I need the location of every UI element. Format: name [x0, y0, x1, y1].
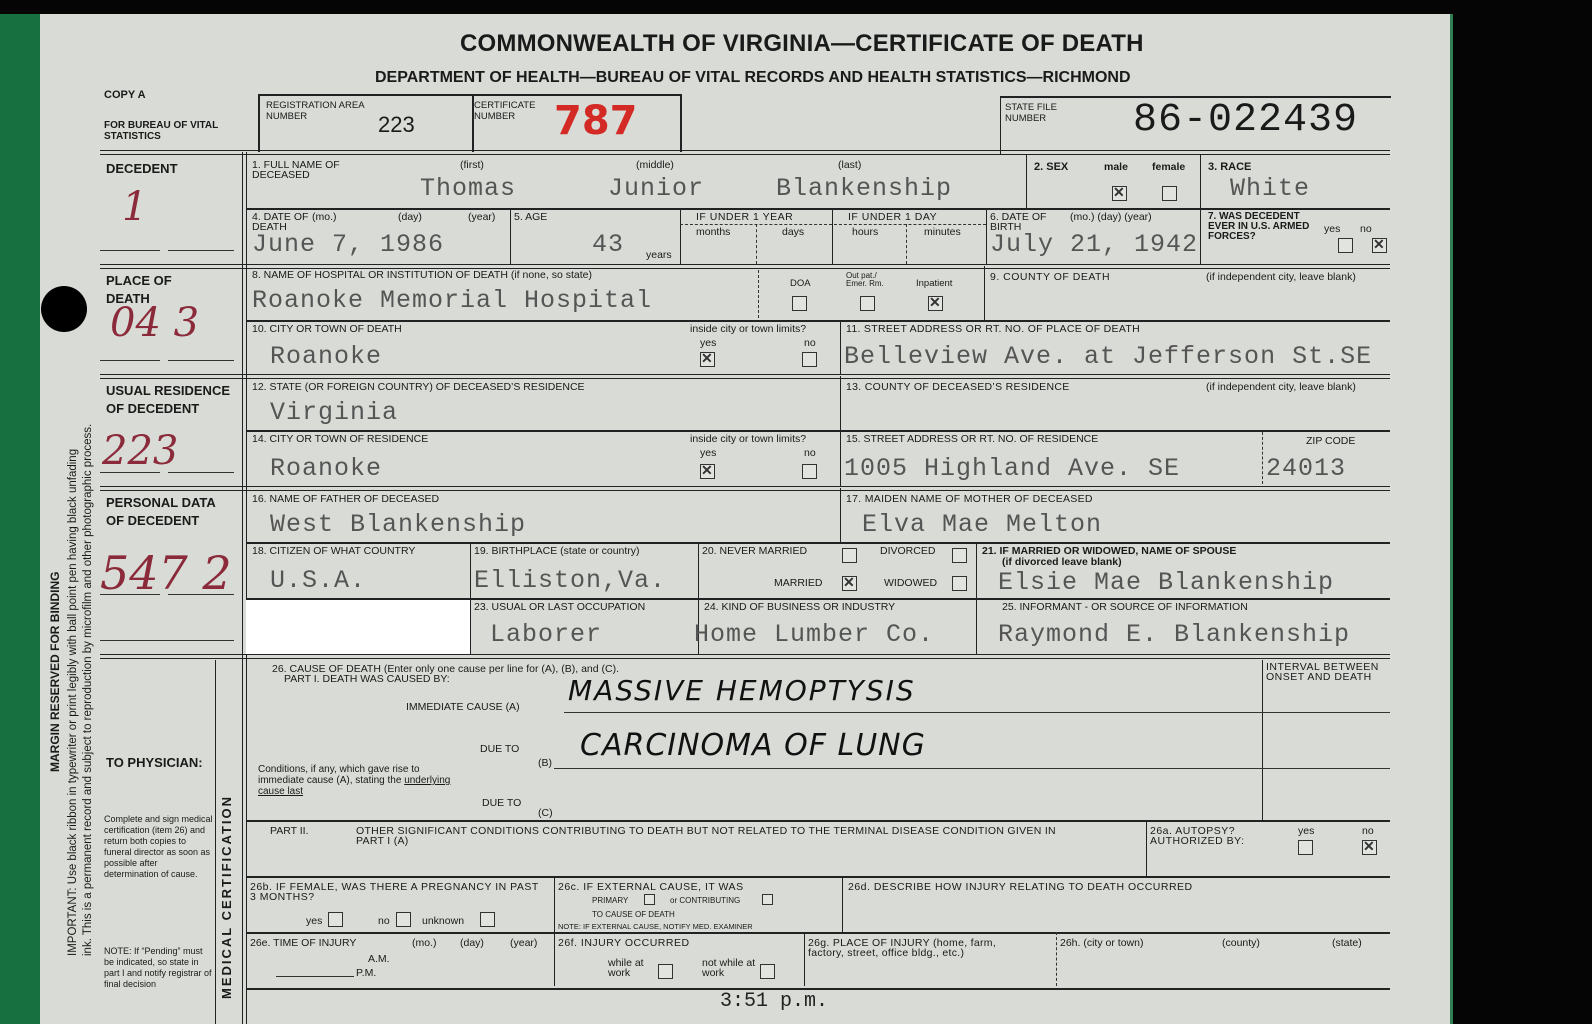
- rule: [758, 270, 759, 318]
- rule: [1056, 932, 1057, 986]
- while-at-work-label: while at work: [608, 958, 652, 978]
- medical-certification-label: MEDICAL CERTIFICATION: [220, 795, 234, 999]
- row-rule: [246, 542, 1390, 544]
- while-at-work-checkbox[interactable]: [658, 964, 673, 979]
- doa-checkbox[interactable]: [792, 296, 807, 311]
- cause-b-line: [554, 768, 1262, 769]
- to-physician-label: TO PHYSICIAN:: [106, 754, 203, 772]
- rule: [554, 876, 555, 986]
- certificate-title: COMMONWEALTH OF VIRGINIA—CERTIFICATE OF …: [460, 30, 1144, 58]
- city-of-death-value[interactable]: Roanoke: [270, 342, 382, 371]
- city-of-death-limits-label: inside city or town limits?: [690, 324, 806, 334]
- informant-value[interactable]: Raymond E. Blankenship: [998, 620, 1350, 649]
- header-rule: [100, 150, 1390, 155]
- section-rule: [100, 654, 1390, 659]
- registration-area-value[interactable]: 223: [378, 112, 415, 138]
- outpatient-label: Out pat./ Emer. Rm.: [846, 272, 896, 288]
- rule: [840, 320, 841, 374]
- date-of-death-value[interactable]: June 7, 1986: [252, 230, 444, 259]
- interval-label: INTERVAL BETWEEN ONSET AND DEATH: [1266, 662, 1396, 682]
- place-of-death-address-label: 11. STREET ADDRESS OR RT. NO. OF PLACE O…: [846, 324, 1140, 334]
- middle-name-label: (middle): [636, 160, 674, 170]
- not-while-at-work-label: not while at work: [702, 958, 758, 978]
- certificate-number-box: CERTIFICATE NUMBER 787: [470, 94, 682, 152]
- rule: [804, 932, 805, 986]
- dod-mo-label: (mo.): [312, 212, 337, 222]
- cause-c-label: (C): [538, 808, 553, 818]
- county-of-death-hint: (if independent city, leave blank): [1206, 272, 1356, 282]
- injury-county-label: (county): [1222, 938, 1260, 948]
- date-of-death-label: 4. DATE OF DEATH: [252, 212, 312, 232]
- city-of-death-no-label: no: [804, 338, 816, 348]
- row-rule: [246, 320, 1390, 322]
- informant-label: 25. INFORMANT - OR SOURCE OF INFORMATION: [1002, 602, 1248, 612]
- business-value[interactable]: Home Lumber Co.: [694, 620, 934, 649]
- place-of-death-code: 04 3: [110, 300, 199, 346]
- rule: [986, 208, 987, 264]
- rule: [984, 266, 985, 322]
- doa-label: DOA: [790, 278, 811, 289]
- residence-state-value[interactable]: Virginia: [270, 398, 398, 427]
- rule: [1262, 432, 1263, 484]
- age-dash-rule: [680, 224, 986, 225]
- residence-no-label: no: [804, 448, 816, 458]
- pregnancy-yes-checkbox[interactable]: [328, 912, 343, 927]
- divorced-label: DIVORCED: [880, 546, 935, 556]
- row-rule: [246, 876, 1390, 878]
- married-checkbox[interactable]: [842, 576, 857, 591]
- hospital-hint: (if none, so state): [511, 269, 592, 281]
- certificate-number-stamp: 787: [554, 98, 638, 144]
- state-file-number[interactable]: 86-022439: [1133, 98, 1358, 143]
- part2-text: OTHER SIGNIFICANT CONDITIONS CONTRIBUTIN…: [356, 826, 1056, 846]
- conditions-note-text: Conditions, if any, which gave rise to i…: [258, 764, 420, 786]
- residence-state-label: 12. STATE (OR FOREIGN COUNTRY) OF DECEAS…: [252, 382, 585, 392]
- father-name-label: 16. NAME OF FATHER OF DECEASED: [252, 494, 439, 504]
- zip-code-value[interactable]: 24013: [1266, 454, 1346, 483]
- section-usual-residence: USUAL RESIDENCE OF DECEDENT: [106, 382, 246, 418]
- for-bureau-label: FOR BUREAU OF VITAL STATISTICS: [104, 120, 234, 142]
- immediate-cause-value[interactable]: MASSIVE HEMOPTYSIS: [568, 674, 916, 707]
- injury-occurred-label: 26f. INJURY OCCURRED: [558, 938, 690, 948]
- zip-code-label: ZIP CODE: [1306, 436, 1355, 446]
- dod-year-label: (year): [468, 212, 495, 222]
- registration-area-label: REGISTRATION AREA NUMBER: [266, 100, 376, 122]
- primary-checkbox[interactable]: [644, 894, 655, 905]
- hospital-label: 8. NAME OF HOSPITAL OR INSTITUTION OF DE…: [252, 270, 592, 280]
- months-label: months: [696, 227, 730, 237]
- rule: [1026, 154, 1027, 208]
- county-of-death-label: 9. COUNTY OF DEATH: [990, 272, 1110, 282]
- last-name-label: (last): [838, 160, 861, 170]
- important-line-1: IMPORTANT: Use black ribbon in typewrite…: [66, 424, 81, 956]
- contributing-checkbox[interactable]: [762, 894, 773, 905]
- armed-forces-label: 7. WAS DECEDENT EVER IN U.S. ARMED FORCE…: [1208, 212, 1328, 242]
- cause-b-label: (B): [538, 758, 552, 768]
- primary-label: PRIMARY: [592, 896, 628, 905]
- decedent-code: 1: [122, 184, 147, 230]
- rule: [842, 876, 843, 932]
- important-line-2: ink. This is a permanent record and subj…: [81, 424, 96, 956]
- minutes-label: minutes: [924, 227, 961, 237]
- rule: [756, 224, 757, 264]
- residence-limits-label: inside city or town limits?: [690, 434, 806, 444]
- middle-name-value[interactable]: Junior: [608, 174, 704, 203]
- residence-county-label: 13. COUNTY OF DECEASED’S RESIDENCE: [846, 382, 1070, 392]
- personal-data-code: 547 2: [100, 546, 232, 600]
- external-cause-label: 26c. IF EXTERNAL CAUSE, IT WAS: [558, 882, 744, 892]
- pending-note: NOTE: If “Pending” must be indicated, so…: [104, 946, 214, 990]
- usual-residence-code: 223: [102, 428, 178, 474]
- section-decedent: DECEDENT: [106, 160, 178, 178]
- date-of-birth-label: 6. DATE OF BIRTH: [990, 212, 1050, 232]
- rule: [1262, 660, 1263, 820]
- last-name-value[interactable]: Blankenship: [776, 174, 952, 203]
- part2-label: PART II.: [270, 826, 309, 836]
- to-cause-label: TO CAUSE OF DEATH: [592, 910, 675, 919]
- first-name-value[interactable]: Thomas: [420, 174, 516, 203]
- sex-male-checkbox[interactable]: [1112, 186, 1127, 201]
- time-of-death-value[interactable]: 3:51 p.m.: [720, 990, 828, 1013]
- time-of-injury-label: 26e. TIME OF INJURY: [250, 938, 356, 948]
- place-of-injury-label: 26g. PLACE OF INJURY (home, farm, factor…: [808, 938, 1028, 958]
- code-line: [168, 250, 234, 251]
- birthplace-value[interactable]: Elliston,Va.: [474, 566, 666, 595]
- first-name-label: (first): [460, 160, 484, 170]
- hours-label: hours: [852, 227, 878, 237]
- green-border-strip: [0, 14, 42, 1024]
- medical-column-rule: [215, 660, 216, 1024]
- certificate-subtitle: DEPARTMENT OF HEALTH—BUREAU OF VITAL REC…: [375, 69, 1131, 87]
- business-label: 24. KIND OF BUSINESS OR INDUSTRY: [704, 602, 895, 612]
- row-rule: [246, 820, 1390, 822]
- pregnancy-unknown-label: unknown: [422, 916, 464, 926]
- immediate-cause-label: IMMEDIATE CAUSE (A): [406, 702, 520, 712]
- death-certificate-form: COMMONWEALTH OF VIRGINIA—CERTIFICATE OF …: [40, 14, 1453, 1024]
- occupation-label: 23. USUAL OR LAST OCCUPATION: [474, 602, 645, 612]
- city-of-death-yes-label: yes: [700, 338, 716, 348]
- residence-inside-no-checkbox[interactable]: [802, 464, 817, 479]
- injury-time-line: [276, 976, 354, 977]
- rule: [1146, 820, 1147, 876]
- section-personal-data: PERSONAL DATA OF DECEDENT: [106, 494, 216, 530]
- residence-city-value[interactable]: Roanoke: [270, 454, 382, 483]
- never-married-checkbox[interactable]: [842, 548, 857, 563]
- contributing-label: or CONTRIBUTING: [670, 896, 740, 905]
- father-name-value[interactable]: West Blankenship: [270, 510, 526, 539]
- hospital-label-text: 8. NAME OF HOSPITAL OR INSTITUTION OF DE…: [252, 269, 508, 281]
- row-rule: [246, 430, 1390, 432]
- age-unit: years: [646, 250, 672, 260]
- due-to-b-label: DUE TO: [480, 744, 519, 754]
- pm-label: P.M.: [356, 968, 376, 978]
- armed-forces-yes-checkbox[interactable]: [1338, 238, 1353, 253]
- certificate-number-label: CERTIFICATE NUMBER: [474, 100, 544, 122]
- autopsy-yes-label: yes: [1298, 826, 1314, 836]
- pregnancy-no-checkbox[interactable]: [396, 912, 411, 927]
- city-of-death-yes-checkbox[interactable]: [700, 352, 715, 367]
- rule: [906, 224, 907, 264]
- code-line: [100, 472, 160, 473]
- code-line: [100, 360, 160, 361]
- code-line: [100, 250, 160, 251]
- armed-forces-yes-label: yes: [1324, 224, 1340, 234]
- dod-day-label: (day): [398, 212, 422, 222]
- autopsy-no-label: no: [1362, 826, 1374, 836]
- interval-rule: [1262, 768, 1390, 769]
- residence-address-value[interactable]: 1005 Highland Ave. SE: [844, 454, 1180, 483]
- autopsy-yes-checkbox[interactable]: [1298, 840, 1313, 855]
- residence-county-hint: (if independent city, leave blank): [1206, 382, 1356, 392]
- place-of-death-address-value[interactable]: Belleview Ave. at Jefferson St.SE: [844, 342, 1372, 371]
- code-line: [100, 594, 160, 595]
- injury-year-label: (year): [510, 938, 537, 948]
- rule: [840, 488, 841, 542]
- conditions-note: Conditions, if any, which gave rise to i…: [258, 764, 468, 797]
- armed-forces-no-label: no: [1360, 224, 1372, 234]
- part1-label: PART I. DEATH WAS CAUSED BY:: [284, 674, 450, 684]
- occupation-value[interactable]: Laborer: [490, 620, 602, 649]
- left-column-rule-2: [246, 152, 247, 1024]
- sex-label: 2. SEX: [1034, 160, 1068, 174]
- code-line: [168, 472, 234, 473]
- date-of-birth-value[interactable]: July 21, 1942: [990, 230, 1198, 259]
- residence-inside-yes-checkbox[interactable]: [700, 464, 715, 479]
- interval-rule: [1262, 712, 1390, 713]
- citizenship-label: 18. CITIZEN OF WHAT COUNTRY: [252, 546, 415, 556]
- cause-b-value[interactable]: CARCINOMA OF LUNG: [580, 728, 926, 763]
- cause-a-line: [564, 712, 1262, 713]
- rule: [680, 208, 681, 264]
- residence-address-label: 15. STREET ADDRESS OR RT. NO. OF RESIDEN…: [846, 434, 1098, 444]
- code-line: [168, 360, 234, 361]
- birthplace-label: 19. BIRTHPLACE (state or country): [474, 546, 640, 556]
- due-to-c-label: DUE TO: [482, 798, 521, 808]
- never-married-label: 20. NEVER MARRIED: [702, 546, 807, 556]
- outpatient-checkbox[interactable]: [860, 296, 875, 311]
- physician-instructions: Complete and sign medical certification …: [104, 814, 214, 880]
- autopsy-label: 26a. AUTOPSY? AUTHORIZED BY:: [1150, 826, 1260, 846]
- sex-female-checkbox[interactable]: [1162, 186, 1177, 201]
- sex-female-label: female: [1152, 162, 1185, 172]
- left-column-rule: [242, 152, 243, 1024]
- pregnancy-unknown-checkbox[interactable]: [480, 912, 495, 927]
- residence-city-label: 14. CITY OR TOWN OF RESIDENCE: [252, 434, 428, 444]
- race-label: 3. RACE: [1208, 160, 1251, 174]
- copy-label: COPY A: [104, 88, 146, 102]
- am-label: A.M.: [368, 954, 390, 964]
- section-rule: [100, 374, 1390, 379]
- age-value[interactable]: 43: [592, 230, 624, 259]
- race-value[interactable]: White: [1230, 174, 1310, 203]
- spouse-value[interactable]: Elsie Mae Blankenship: [998, 568, 1334, 597]
- spouse-hint: (if divorced leave blank): [1002, 557, 1122, 567]
- city-of-death-label: 10. CITY OR TOWN OF DEATH: [252, 324, 402, 334]
- pregnancy-yes-label: yes: [306, 916, 322, 926]
- registration-area-box: REGISTRATION AREA NUMBER 223: [258, 94, 474, 152]
- code-line: [168, 594, 234, 595]
- under-1-year-label: IF UNDER 1 YEAR: [696, 212, 793, 222]
- citizenship-value[interactable]: U.S.A.: [270, 566, 366, 595]
- pregnancy-no-label: no: [378, 916, 390, 926]
- inpatient-checkbox[interactable]: [928, 296, 943, 311]
- widowed-checkbox[interactable]: [952, 576, 967, 591]
- age-label: 5. AGE: [514, 212, 547, 222]
- redacted-field: [246, 600, 470, 654]
- external-cause-note: NOTE: IF EXTERNAL CAUSE, NOTIFY MED. EXA…: [558, 922, 753, 931]
- dob-cols-label: (mo.) (day) (year): [1070, 212, 1152, 222]
- inpatient-label: Inpatient: [916, 278, 952, 289]
- full-name-label: 1. FULL NAME OF DECEASED: [252, 160, 362, 180]
- spouse-label: 21. IF MARRIED OR WIDOWED, NAME OF SPOUS…: [982, 546, 1236, 556]
- injury-state-label: (state): [1332, 938, 1362, 948]
- punch-hole: [41, 286, 87, 332]
- residence-yes-label: yes: [700, 448, 716, 458]
- autopsy-no-checkbox[interactable]: [1362, 840, 1377, 855]
- armed-forces-no-checkbox[interactable]: [1372, 238, 1387, 253]
- injury-mo-label: (mo.): [412, 938, 437, 948]
- rule: [510, 208, 511, 264]
- injury-day-label: (day): [460, 938, 484, 948]
- row-rule: [246, 208, 1390, 210]
- mother-name-label: 17. MAIDEN NAME OF MOTHER OF DECEASED: [846, 494, 1093, 504]
- pregnancy-label: 26b. IF FEMALE, WAS THERE A PREGNANCY IN…: [250, 882, 540, 902]
- injury-city-label: 26h. (city or town): [1060, 938, 1143, 948]
- code-line: [100, 640, 234, 641]
- sex-male-label: male: [1104, 162, 1128, 172]
- state-file-label: STATE FILE NUMBER: [1005, 102, 1075, 124]
- binding-margin-label: MARGIN RESERVED FOR BINDING: [48, 572, 62, 772]
- hospital-value[interactable]: Roanoke Memorial Hospital: [252, 286, 652, 315]
- under-1-day-label: IF UNDER 1 DAY: [848, 212, 937, 222]
- city-of-death-no-checkbox[interactable]: [802, 352, 817, 367]
- widowed-label: WIDOWED: [884, 578, 937, 588]
- section-rule: [100, 486, 1390, 491]
- not-while-at-work-checkbox[interactable]: [760, 964, 775, 979]
- row-rule: [246, 932, 1390, 934]
- mother-name-value[interactable]: Elva Mae Melton: [862, 510, 1102, 539]
- important-note: IMPORTANT: Use black ribbon in typewrite…: [66, 424, 96, 956]
- rule: [832, 208, 833, 264]
- state-file-box: STATE FILE NUMBER 86-022439: [1000, 96, 1391, 154]
- injury-description-label: 26d. DESCRIBE HOW INJURY RELATING TO DEA…: [848, 882, 1193, 892]
- divorced-checkbox[interactable]: [952, 548, 967, 563]
- days-label: days: [782, 227, 804, 237]
- married-label: MARRIED: [774, 578, 822, 588]
